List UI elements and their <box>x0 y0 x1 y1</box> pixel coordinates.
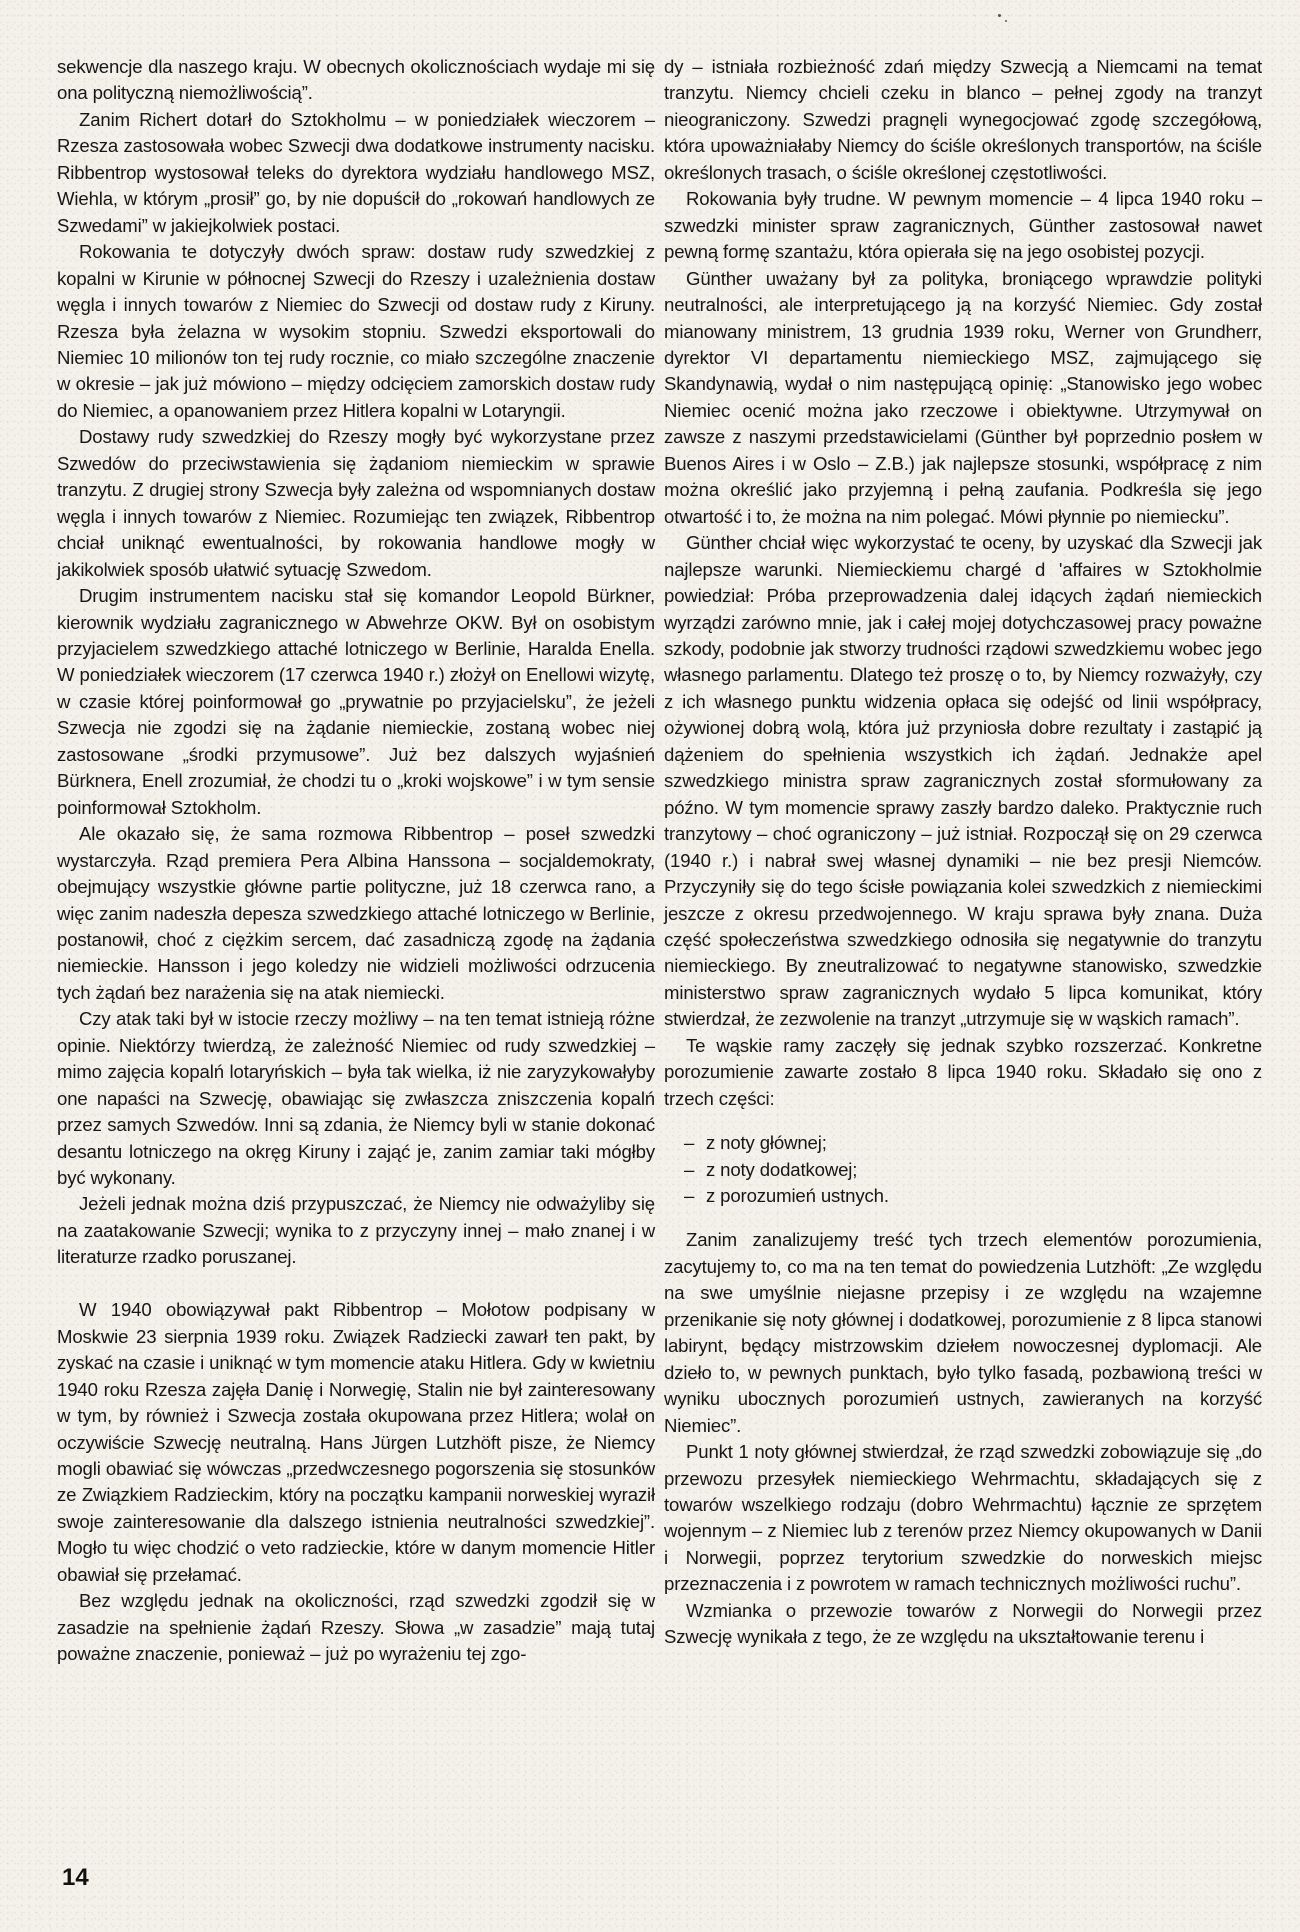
print-speck-decoration <box>1005 20 1007 22</box>
page-number: 14 <box>62 1866 89 1890</box>
paragraph: Jeżeli jednak można dziś przypuszczać, ż… <box>57 1191 655 1270</box>
list-item: –z porozumień ustnych. <box>684 1183 1262 1209</box>
paragraph-section-start: W 1940 obowiązywał pakt Ribbentrop – Moł… <box>57 1297 655 1588</box>
paragraph: Czy atak taki był w istocie rzeczy możli… <box>57 1006 655 1191</box>
paragraph: Te wąskie ramy zaczęły się jednak szybko… <box>664 1033 1262 1112</box>
list-item: –z noty dodatkowej; <box>684 1157 1262 1183</box>
paragraph: Dostawy rudy szwedzkiej do Rzeszy mogły … <box>57 424 655 583</box>
agreement-parts-list: –z noty głównej; –z noty dodatkowej; –z … <box>664 1130 1262 1209</box>
paragraph: Rokowania były trudne. W pewnym momencie… <box>664 186 1262 265</box>
magazine-page: sekwencje dla naszego kraju. W obecnych … <box>0 0 1300 1932</box>
list-item: –z noty głównej; <box>684 1130 1262 1156</box>
paragraph: Günther chciał więc wykorzystać te oceny… <box>664 530 1262 1033</box>
paragraph: Zanim Richert dotarł do Sztokholmu – w p… <box>57 107 655 239</box>
dash-bullet-icon: – <box>684 1130 706 1156</box>
paragraph: Punkt 1 noty głównej stwierdzał, że rząd… <box>664 1439 1262 1598</box>
print-speck-decoration <box>998 14 1001 17</box>
paragraph-continuation: sekwencje dla naszego kraju. W obecnych … <box>57 54 655 107</box>
dash-bullet-icon: – <box>684 1183 706 1209</box>
paragraph: Günther uważany był za polityka, broniąc… <box>664 266 1262 531</box>
paragraph: Drugim instrumentem nacisku stał się kom… <box>57 583 655 821</box>
dash-bullet-icon: – <box>684 1157 706 1183</box>
paragraph: Zanim zanalizujemy treść tych trzech ele… <box>664 1227 1262 1439</box>
paragraph: Wzmianka o przewozie towarów z Norwegii … <box>664 1598 1262 1651</box>
paragraph: Bez względu jednak na okoliczności, rząd… <box>57 1588 655 1667</box>
paragraph: Rokowania te dotyczyły dwóch spraw: dost… <box>57 239 655 424</box>
left-text-column: sekwencje dla naszego kraju. W obecnych … <box>57 54 655 1668</box>
right-text-column: dy – istniała rozbieżność zdań między Sz… <box>664 54 1262 1651</box>
paragraph: Ale okazało się, że sama rozmowa Ribbent… <box>57 821 655 1006</box>
paragraph-continuation: dy – istniała rozbieżność zdań między Sz… <box>664 54 1262 186</box>
